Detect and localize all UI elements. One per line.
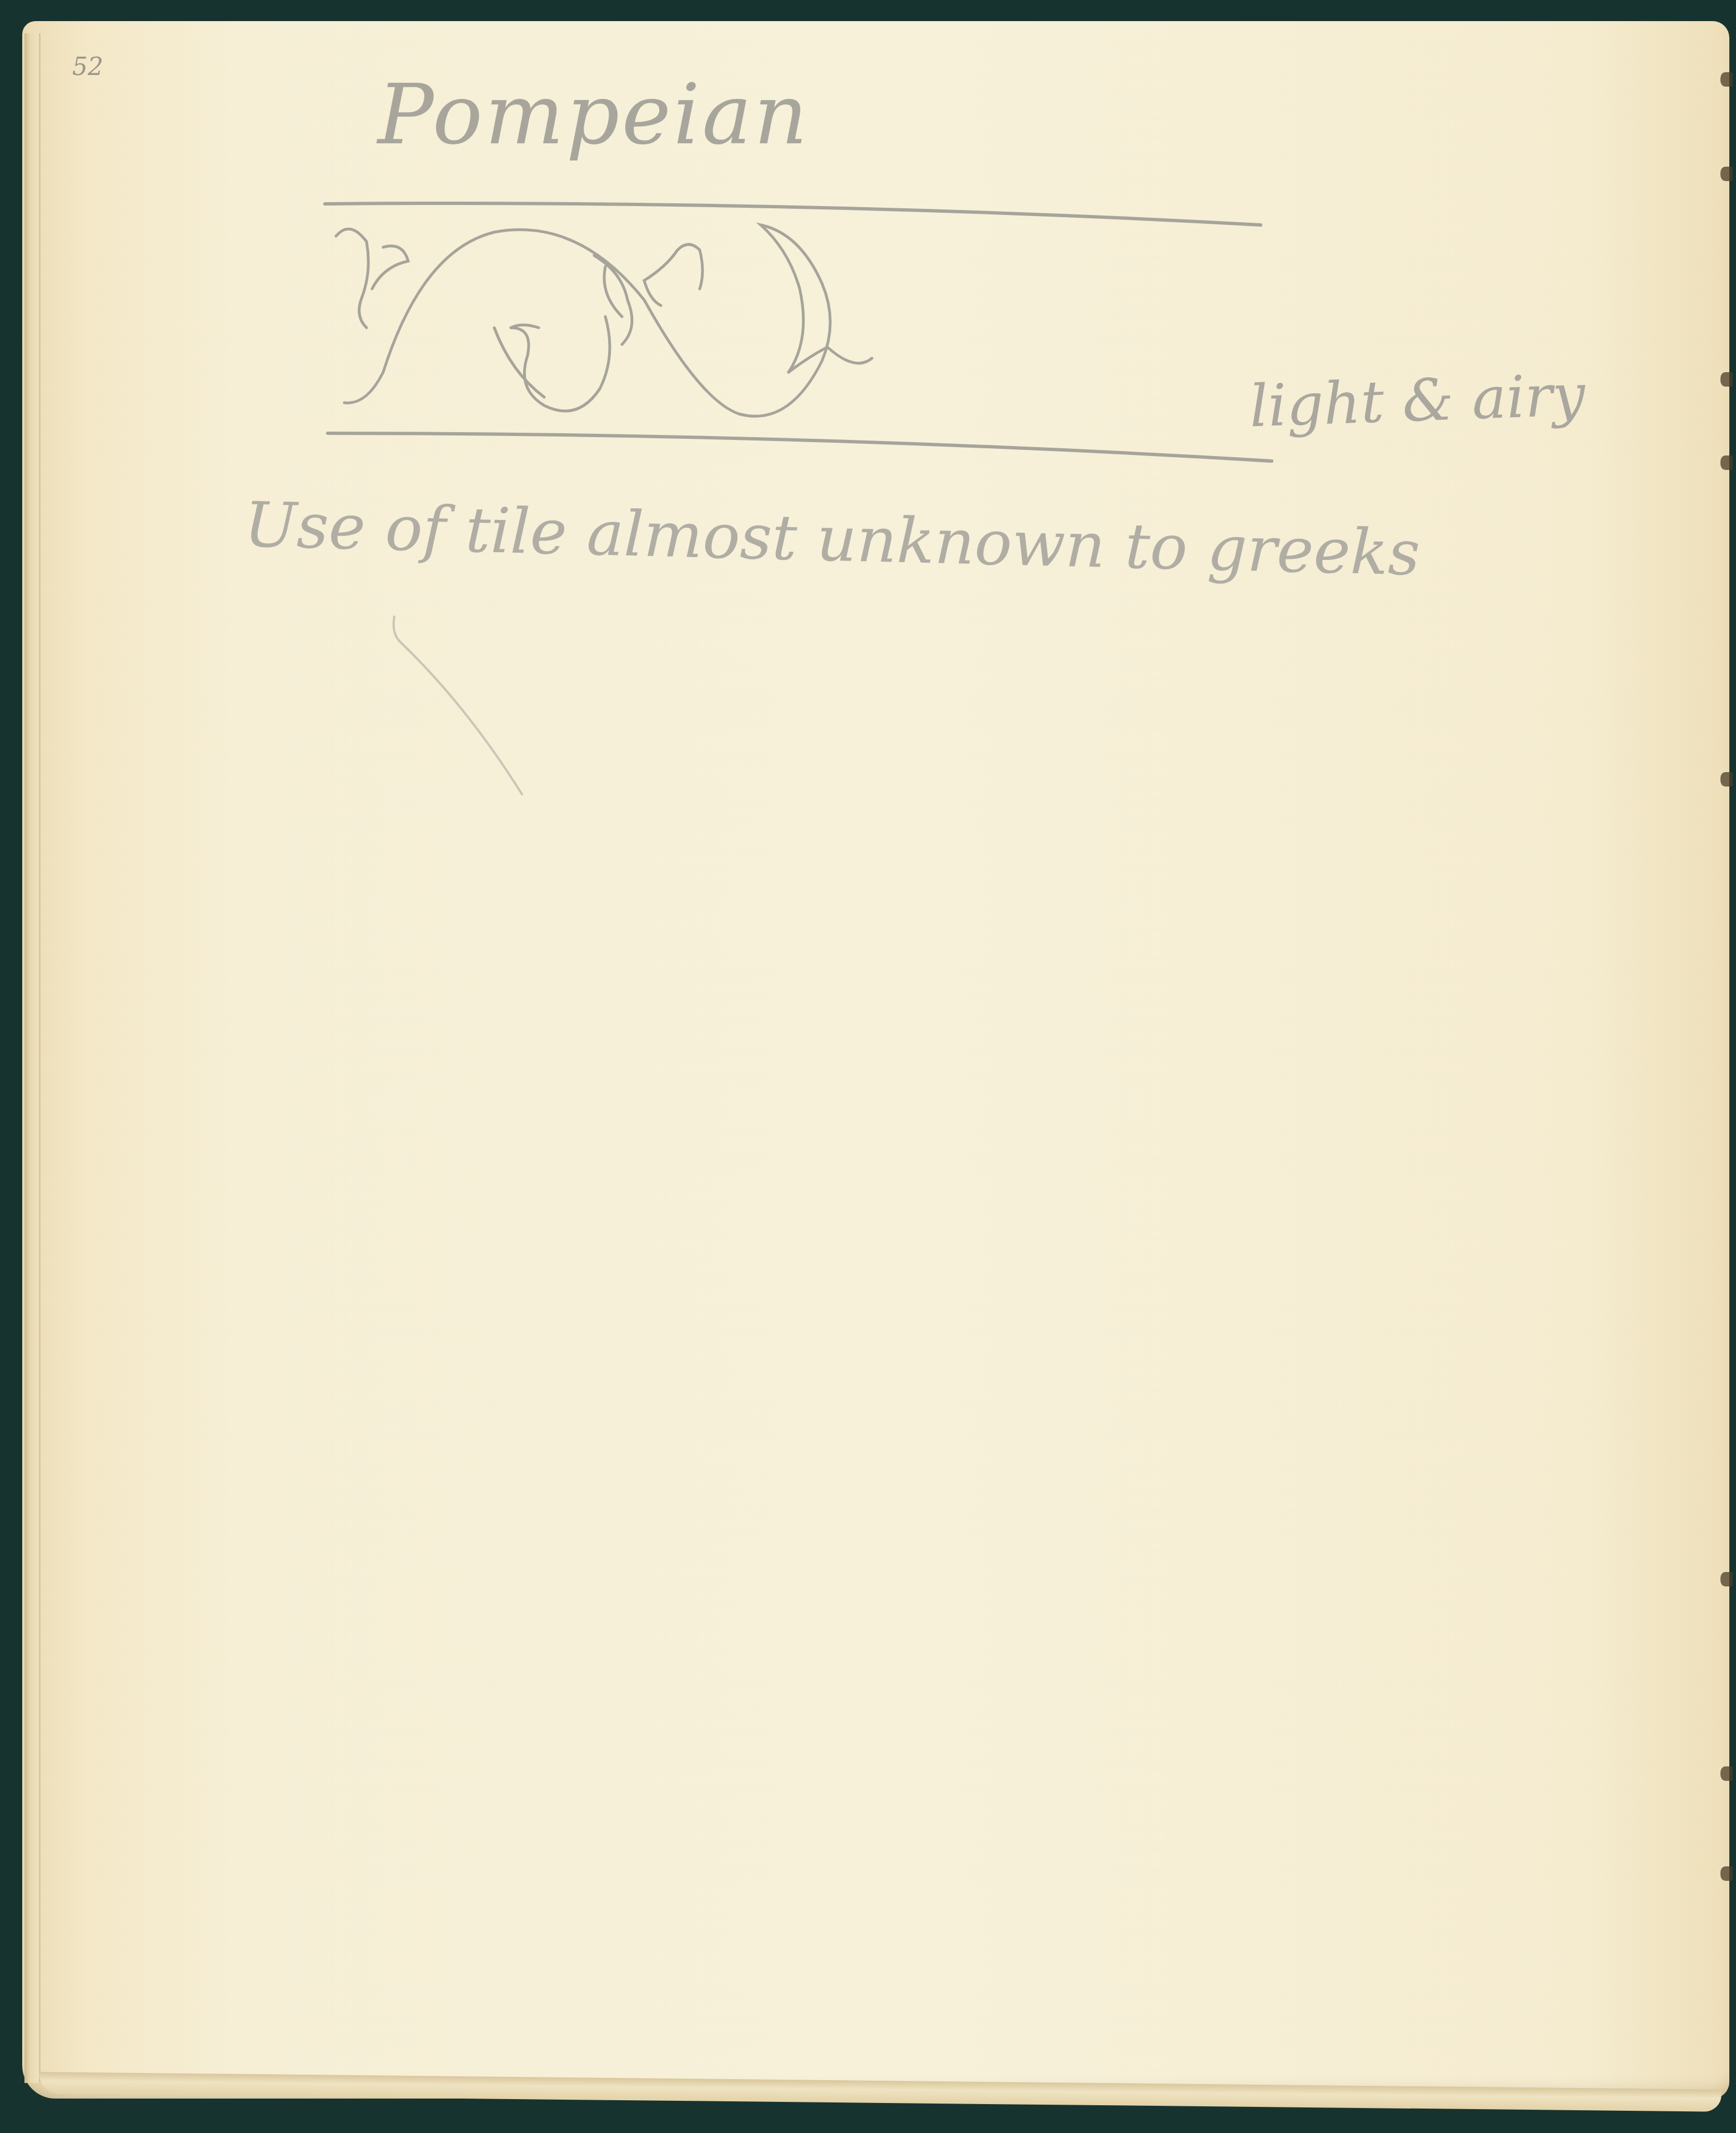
binding-stitch-icon	[1720, 455, 1733, 470]
page-heading: Pompeian	[378, 67, 810, 163]
ornament-frieze-sketch	[311, 189, 1288, 478]
binding-stitch-icon	[1720, 1766, 1733, 1781]
binding-stitch-icon	[1720, 1572, 1733, 1586]
binding-stitch-icon	[1720, 72, 1733, 87]
page-left-edge	[24, 33, 41, 2083]
binding-stitch-icon	[1720, 1866, 1733, 1881]
side-annotation: light & airy	[1248, 360, 1586, 440]
binding-stitch-icon	[1720, 372, 1733, 387]
page-number: 52	[72, 53, 103, 81]
stray-pencil-mark	[383, 611, 539, 805]
binding-stitch-icon	[1720, 167, 1733, 181]
binding-stitch-icon	[1720, 772, 1733, 787]
